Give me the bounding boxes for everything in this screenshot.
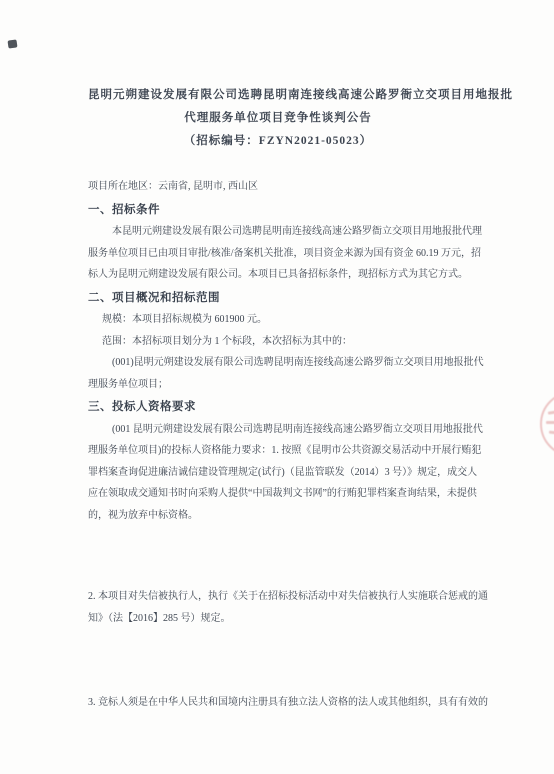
section-2-heading: 二、项目概况和招标范围 <box>88 288 468 310</box>
scope-line: 范围：本招标项目划分为 1 个标段，本次招标为其中的： <box>88 331 468 353</box>
official-red-seal-icon <box>540 391 554 457</box>
qualification-paragraph-2: 2. 本项目对失信被执行人，执行《关于在招标投标活动中对失信被执行人实施联合惩戒… <box>88 586 468 629</box>
title-line-1: 昆明元朔建设发展有限公司选聘昆明南连接线高速公路罗衙立交项目用地报批 <box>88 84 468 107</box>
qualification-paragraph-3: 3. 竞标人须是在中华人民共和国境内注册具有独立法人资格的法人或其他组织，具有有… <box>88 692 468 714</box>
paragraph-line: 服务单位项目已由项目审批/核准/备案机关批准，项目资金来源为国有资金 60.19… <box>88 243 468 265</box>
document-content: 昆明元朔建设发展有限公司选聘昆明南连接线高速公路罗衙立交项目用地报批 代理服务单… <box>88 84 468 714</box>
qualification-paragraph-1: (001 昆明元朔建设发展有限公司选聘昆明南连接线高速公路罗衙立交项目用地报批代… <box>88 419 468 527</box>
paragraph-line: 2. 本项目对失信被执行人，执行《关于在招标投标活动中对失信被执行人实施联合惩戒… <box>88 586 468 608</box>
project-region-line: 项目所在地区：云南省, 昆明市, 西山区 <box>88 176 468 198</box>
section-1-paragraph: 本昆明元朔建设发展有限公司选聘昆明南连接线高速公路罗衙立交项目用地报批代理 服务… <box>88 221 468 286</box>
lot-line: (001)昆明元朔建设发展有限公司选聘昆明南连接线高速公路罗衙立交项目用地报批代 <box>88 352 468 374</box>
section-3-heading: 三、投标人资格要求 <box>88 397 468 419</box>
section-1-heading: 一、招标条件 <box>88 200 468 222</box>
paragraph-line: 知》（法【2016】285 号）规定。 <box>88 608 468 630</box>
paragraph-line: 本昆明元朔建设发展有限公司选聘昆明南连接线高速公路罗衙立交项目用地报批代理 <box>88 221 468 243</box>
section-2-paragraph: 规模：本项目招标规模为 601900 元。 范围：本招标项目划分为 1 个标段，… <box>88 309 468 395</box>
paragraph-line: 理服务单位项目)的投标人资格能力要求：1. 按照《昆明市公共资源交易活动中开展行… <box>88 440 468 462</box>
ink-smudge-icon <box>7 39 17 48</box>
paragraph-line: 罪档案查询促进廉洁诚信建设管理规定(试行)（昆监管联发（2014）3 号）》规定… <box>88 462 468 484</box>
paragraph-line: 应在领取成交通知书时向采购人提供“中国裁判文书网”的行贿犯罪档案查询结果，未提供 <box>88 483 468 505</box>
paragraph-line: (001 昆明元朔建设发展有限公司选聘昆明南连接线高速公路罗衙立交项目用地报批代 <box>88 419 468 441</box>
paragraph-line: 3. 竞标人须是在中华人民共和国境内注册具有独立法人资格的法人或其他组织，具有有… <box>88 692 468 714</box>
title-line-2: 代理服务单位项目竞争性谈判公告 <box>88 107 468 130</box>
paragraph-line: 标人为昆明元朔建设发展有限公司。本项目已具备招标条件，现招标方式为其它方式。 <box>88 264 468 286</box>
lot-line-cont: 理服务单位项目； <box>88 374 468 396</box>
seal-text-mark <box>548 410 554 414</box>
document-title: 昆明元朔建设发展有限公司选聘昆明南连接线高速公路罗衙立交项目用地报批 代理服务单… <box>88 84 468 153</box>
scanned-document-page: 昆明元朔建设发展有限公司选聘昆明南连接线高速公路罗衙立交项目用地报批 代理服务单… <box>0 0 554 774</box>
paragraph-line: 的，视为放弃中标资格。 <box>88 505 468 527</box>
seal-text-mark <box>546 421 554 424</box>
seal-text-mark <box>549 431 554 435</box>
tender-number-line: （招标编号：FZYN2021-05023） <box>88 130 468 153</box>
scale-line: 规模：本项目招标规模为 601900 元。 <box>88 309 468 331</box>
